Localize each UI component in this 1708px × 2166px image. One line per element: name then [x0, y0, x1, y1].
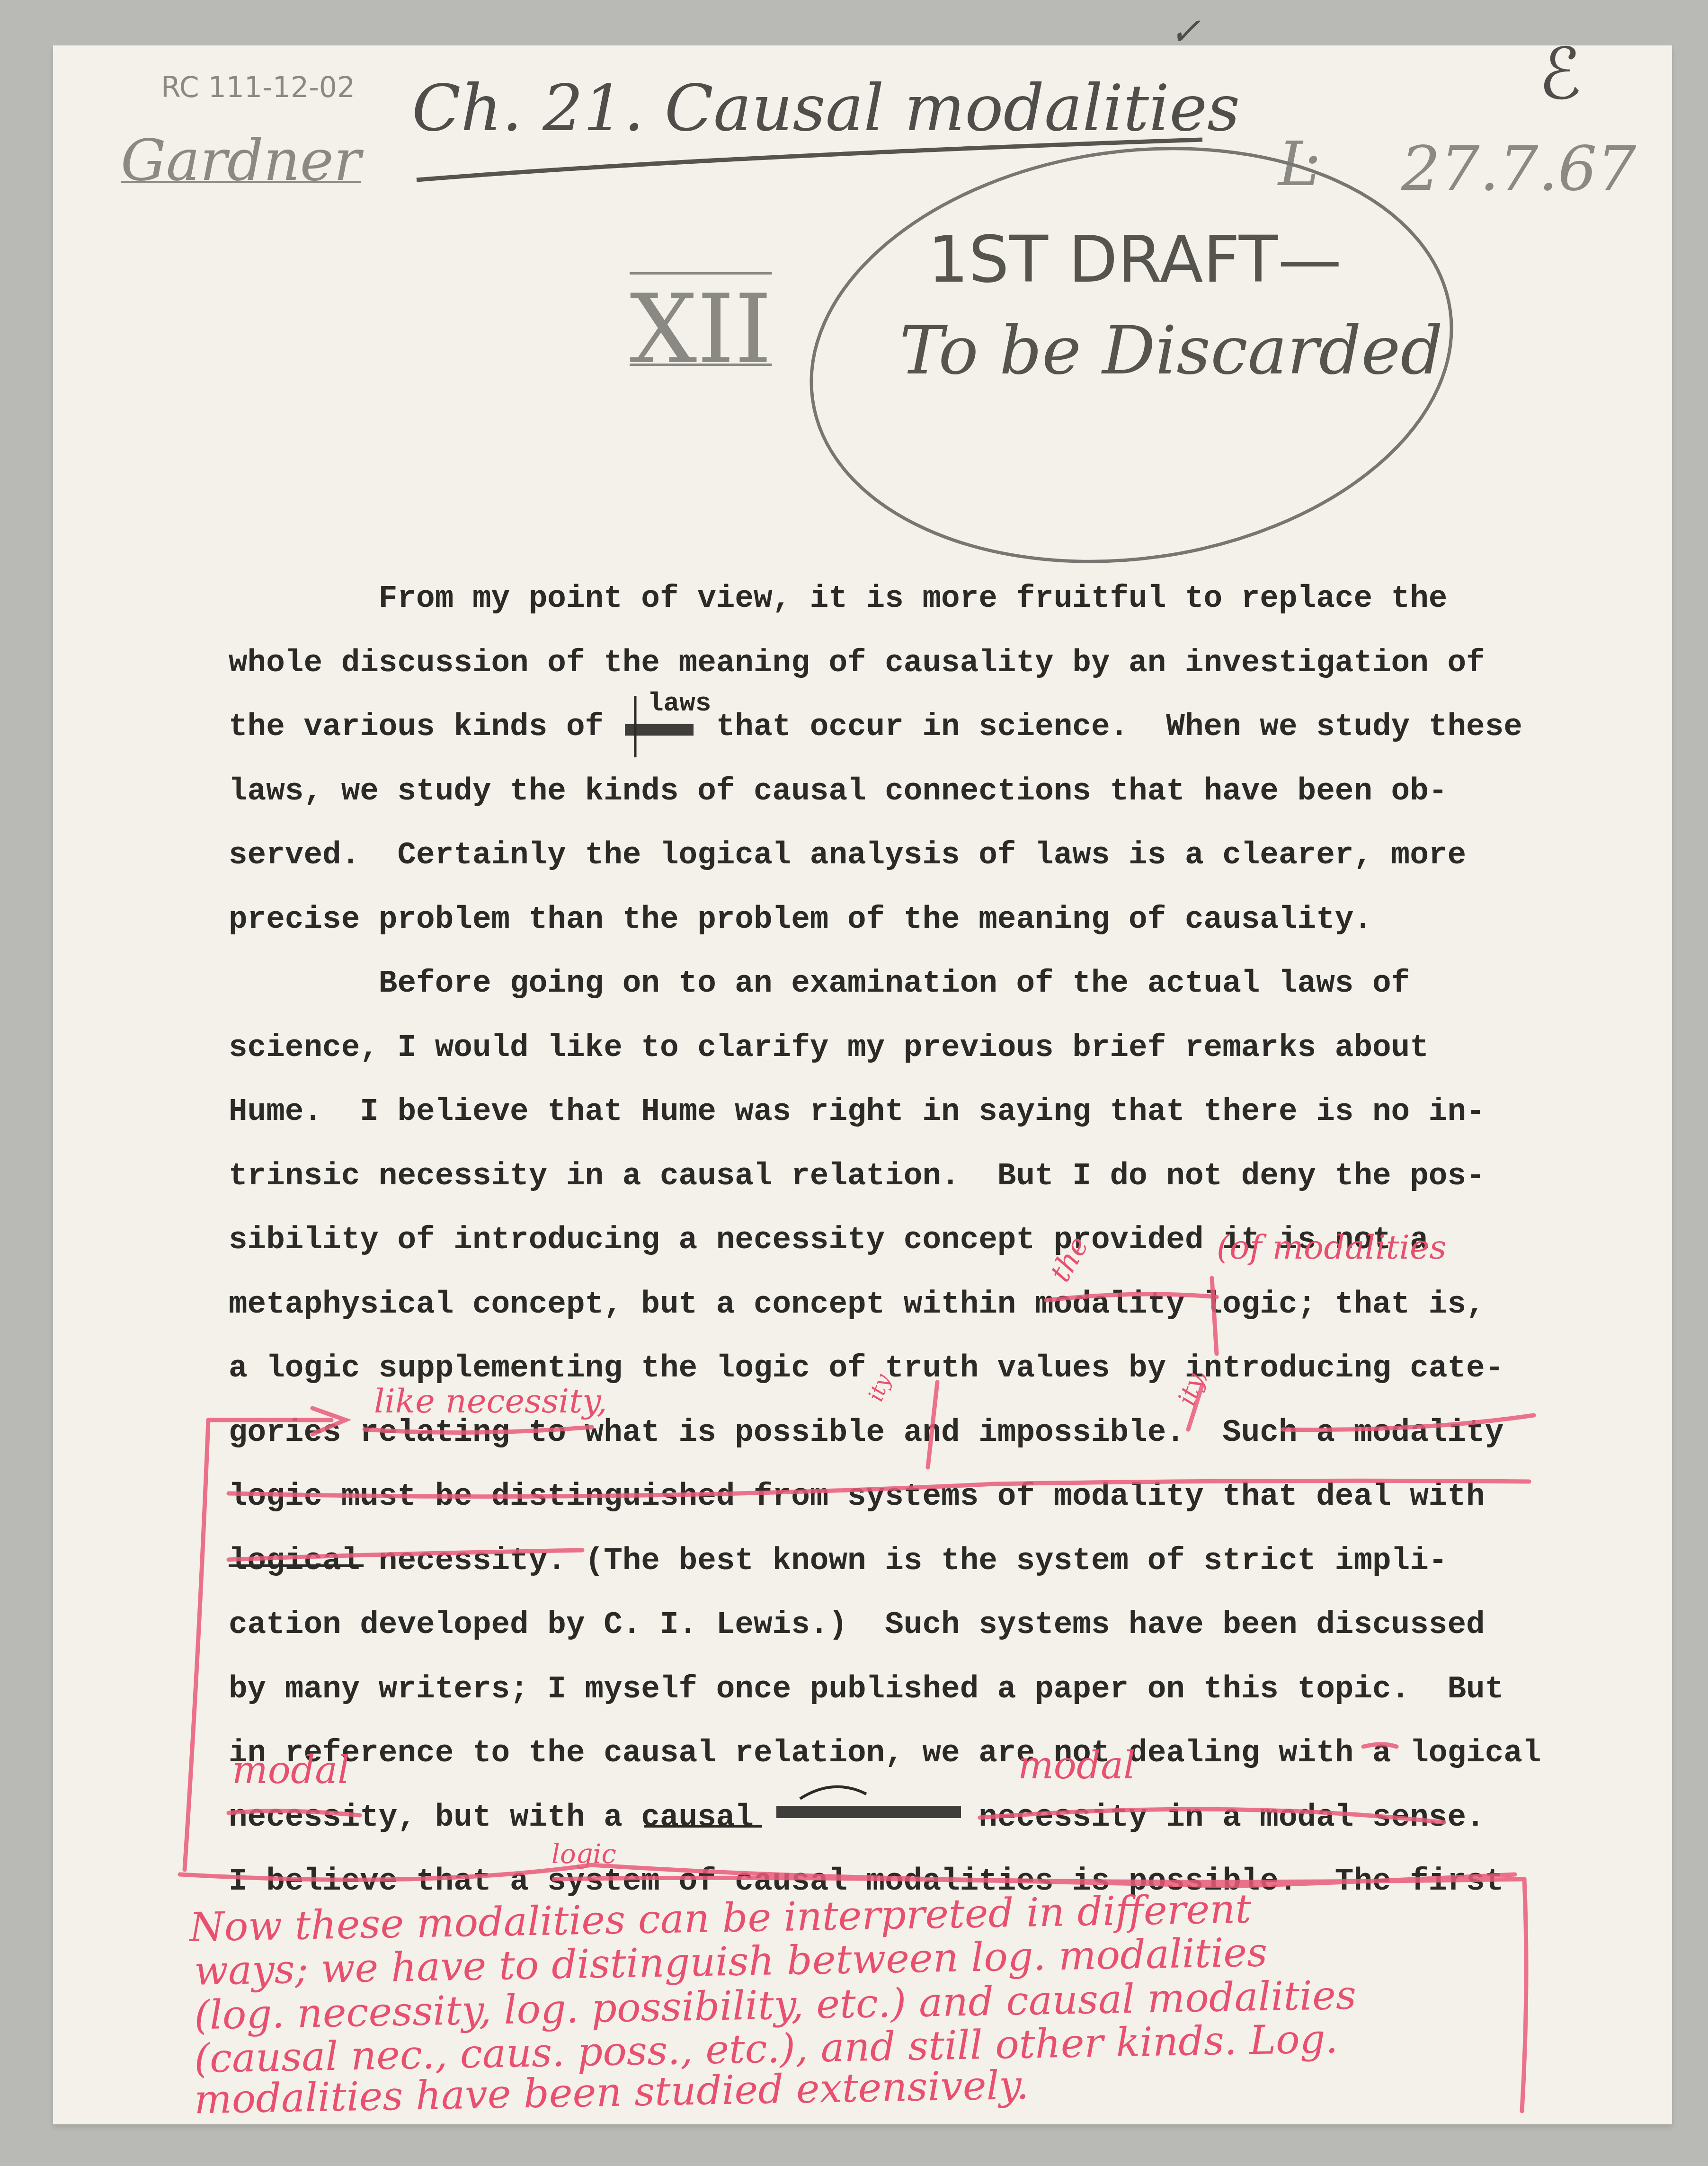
date: 27.7.67	[1401, 133, 1636, 204]
draft-note-line1: 1ST DRAFT—	[928, 222, 1342, 297]
typed-line: cation developed by C. I. Lewis.) Such s…	[229, 1609, 1485, 1641]
typed-line: From my point of view, it is more fruitf…	[229, 583, 1447, 614]
recipient-name: Gardner	[121, 128, 361, 194]
typed-line: gories relating to what is possible and …	[229, 1417, 1503, 1448]
red-insert-modal-1: modal	[232, 1751, 350, 1789]
typed-insertion-laws: laws	[648, 690, 711, 717]
chapter-title: Ch. 21. Causal modalities	[412, 71, 1240, 145]
draft-note-line2: To be Discarded	[899, 312, 1443, 390]
typed-line: trinsic necessity in a causal relation. …	[229, 1161, 1485, 1192]
typed-line: science, I would like to clarify my prev…	[229, 1032, 1429, 1064]
red-insert-logic: logic	[552, 1841, 616, 1868]
typed-line: a logic supplementing the logic of truth…	[229, 1353, 1503, 1384]
typed-line: metaphysical concept, but a concept with…	[229, 1289, 1485, 1320]
typed-line: whole discussion of the meaning of causa…	[229, 648, 1485, 679]
initials: Ŀ	[1278, 128, 1319, 200]
typed-line: by many writers; I myself once published…	[229, 1674, 1503, 1705]
typed-line: necessity, but with a causal necessity i…	[229, 1802, 1485, 1833]
typed-line: precise problem than the problem of the …	[229, 904, 1372, 935]
typed-line: Before going on to an examination of the…	[229, 968, 1410, 999]
chapter-numeral: XII	[630, 275, 772, 385]
typed-line: logical necessity. (The best known is th…	[229, 1545, 1447, 1577]
typed-line: logic must be distinguished from systems…	[229, 1481, 1485, 1512]
typed-line: the various kinds of that occur in scien…	[229, 711, 1522, 743]
typed-line: laws, we study the kinds of causal conne…	[229, 776, 1447, 807]
corner-initial-mark: ℰ	[1539, 33, 1582, 115]
red-insert-modal-2: modal	[1018, 1747, 1136, 1784]
typed-line: served. Certainly the logical analysis o…	[229, 840, 1466, 871]
typed-line: Hume. I believe that Hume was right in s…	[229, 1096, 1485, 1127]
checkmark-icon: ✓	[1169, 9, 1201, 53]
typed-line: in reference to the causal relation, we …	[229, 1738, 1541, 1769]
archive-reference: RC 111-12-02	[161, 71, 355, 104]
red-insert-of-modalities: (of modalities	[1217, 1231, 1446, 1264]
red-insert-like-necessity: like necessity,	[374, 1385, 607, 1418]
